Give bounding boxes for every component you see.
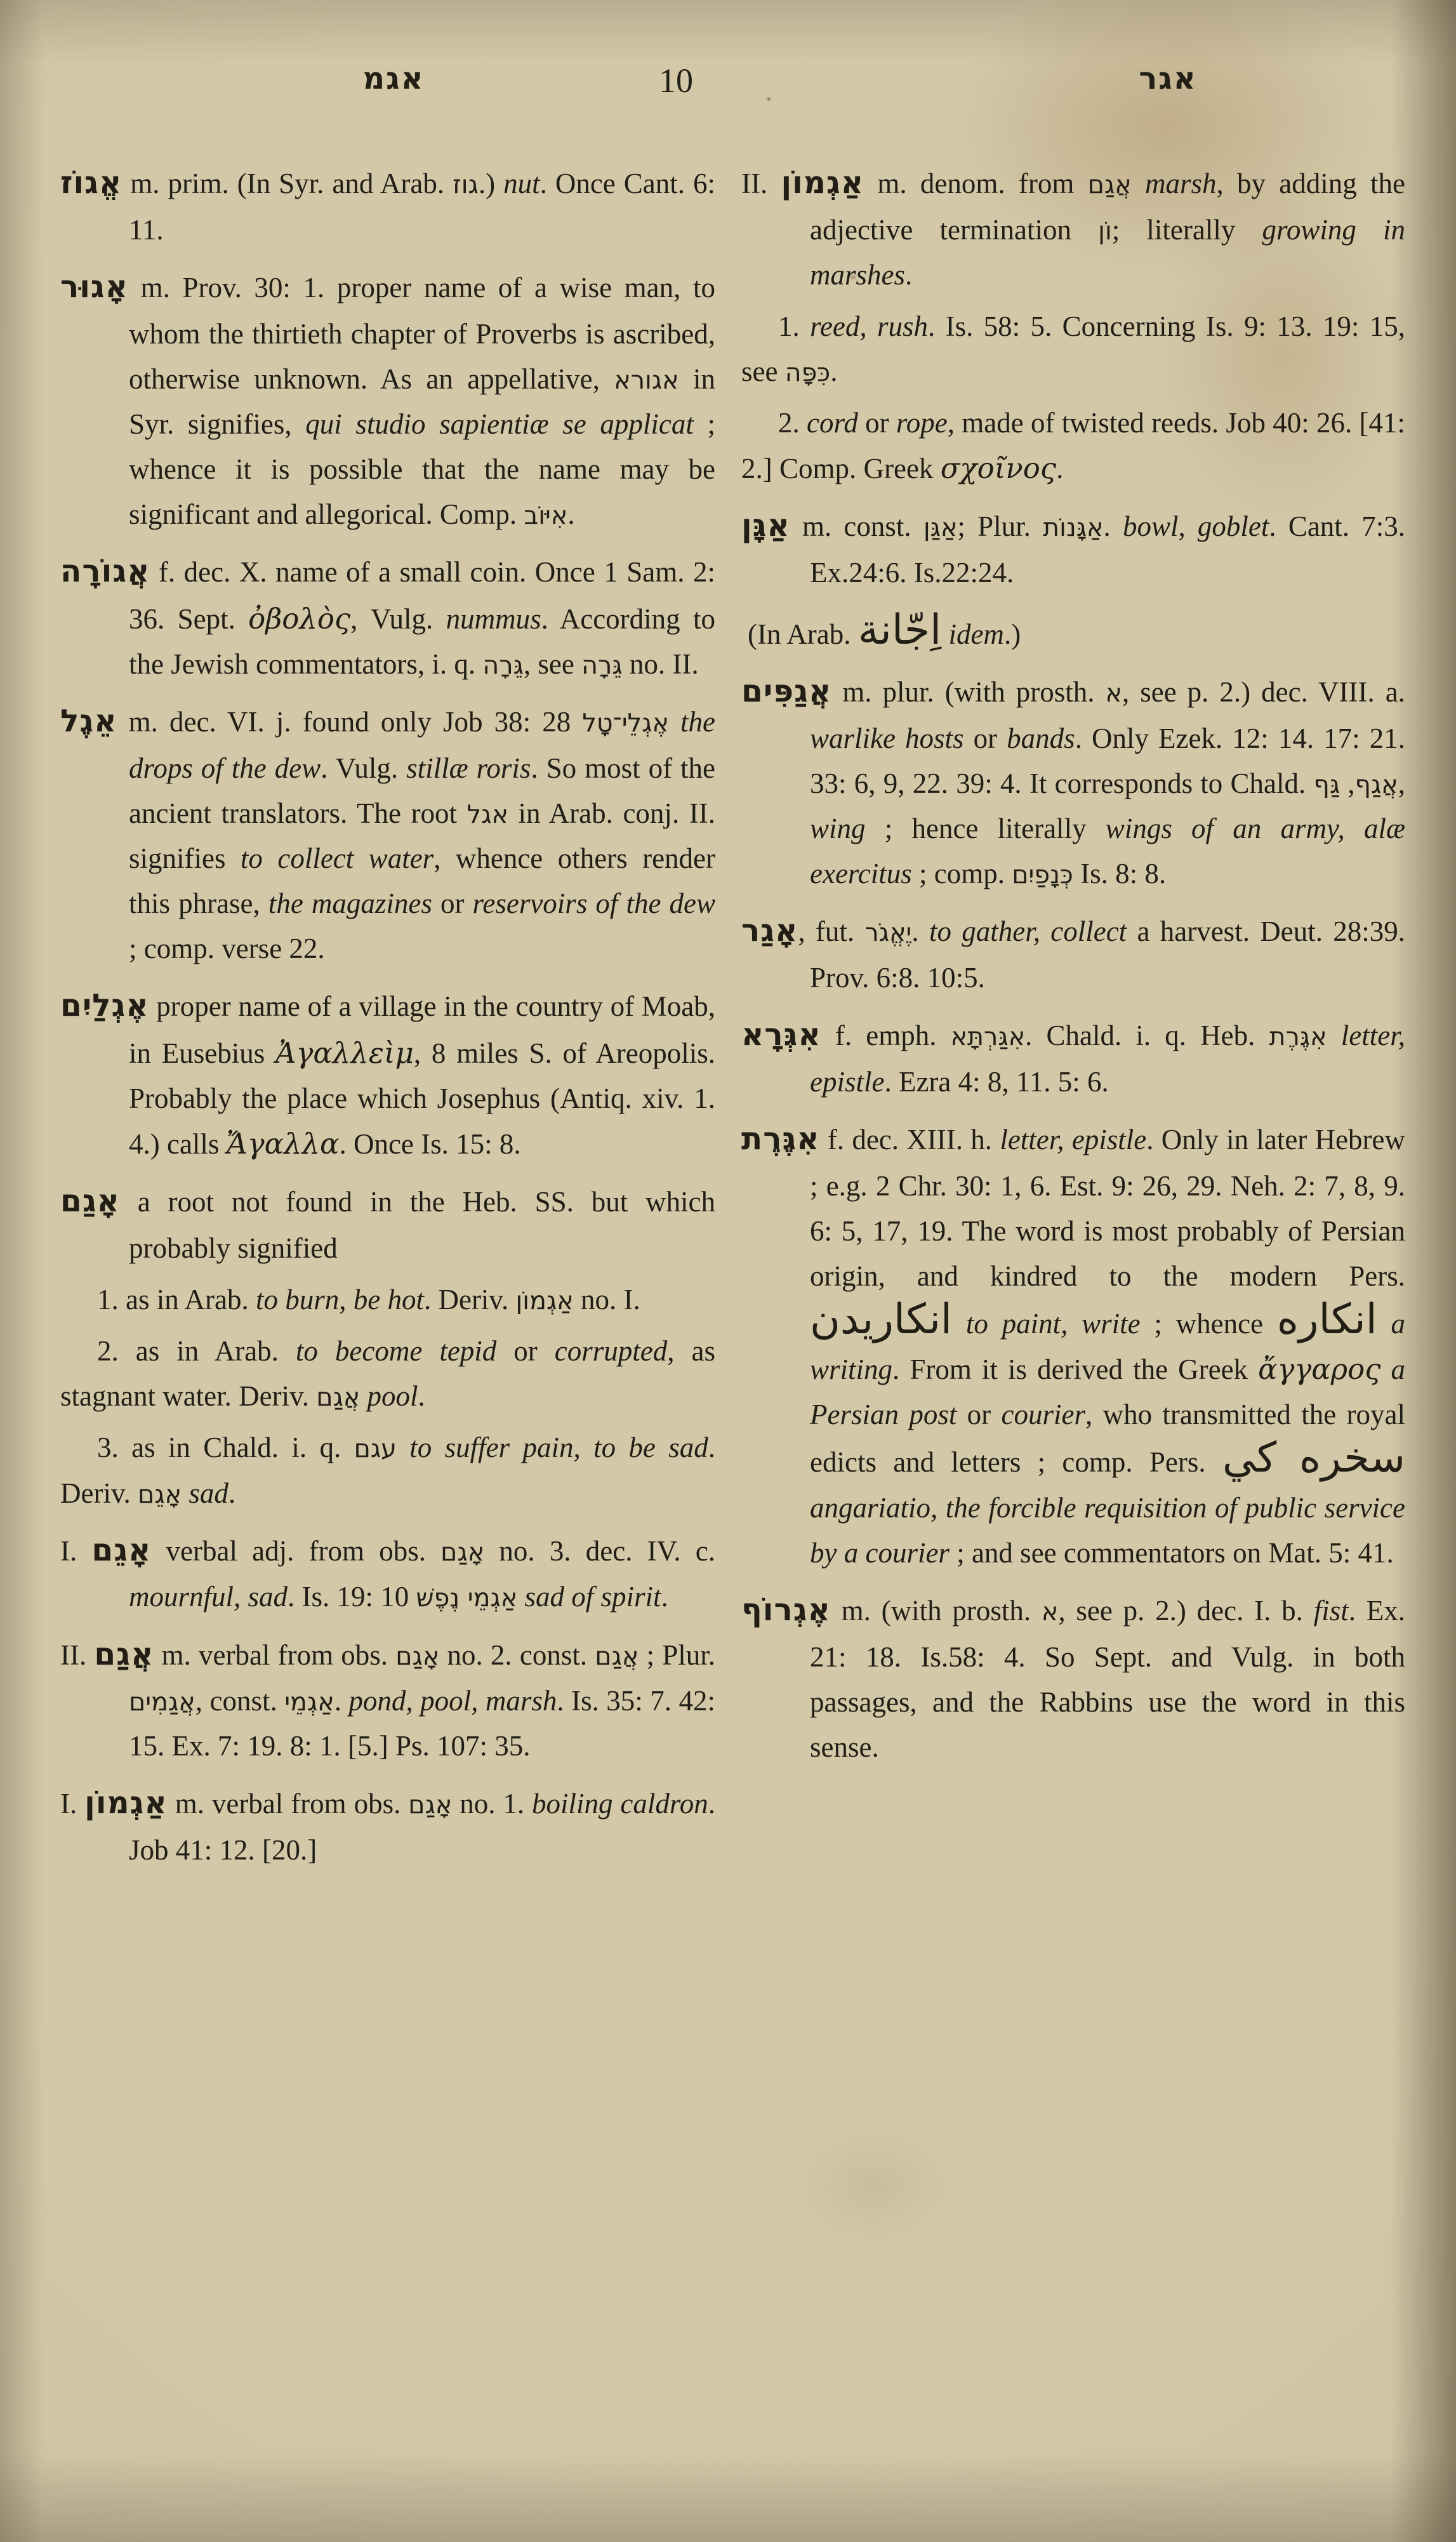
text-run: אַגַּן (923, 513, 958, 542)
text-run: σχοῖνος (941, 451, 1056, 485)
text-run: qui studio sapientiæ se applicat (305, 408, 694, 440)
text-run: II. (741, 168, 781, 199)
text-run: m. denom. from (864, 168, 1088, 199)
text-run: . (334, 1685, 349, 1717)
text-run: . (418, 1380, 425, 1412)
text-run: bands (1007, 722, 1075, 754)
text-run: אִיּוֹב (524, 501, 567, 530)
hebrew-headword: אֲגַפִּים (741, 674, 831, 709)
text-run: . (830, 356, 837, 387)
text-run: nut (503, 168, 540, 199)
text-run: (In Arab. (748, 618, 858, 650)
text-run: II. (60, 1639, 94, 1671)
text-run: to gather, collect (929, 915, 1127, 947)
text-run: . (661, 1581, 668, 1613)
text-run: no. I. (574, 1284, 640, 1315)
text-run: انكاريدن (810, 1295, 952, 1343)
text-run: rope (896, 407, 948, 439)
text-run (1377, 1308, 1391, 1340)
text-run: a root not found in the Heb. SS. but whi… (120, 1186, 715, 1264)
text-run: , (339, 1284, 354, 1315)
text-run: . Ezra 4: 8, 11. 5: 6. (884, 1066, 1108, 1098)
text-run: כִּפָּה (785, 358, 831, 387)
text-run: m. dec. VI. j. found only Job 38: 28 (117, 706, 583, 738)
text-run: Ἀγαλλεὶμ (275, 1036, 414, 1070)
dictionary-entry: אֶגְרוֹף m. (with prosth. א, see p. 2.) … (741, 1586, 1405, 1770)
hebrew-headword: אָגוּר (60, 269, 128, 305)
text-run: letter, epistle (1000, 1124, 1146, 1155)
text-run: wing (810, 813, 866, 844)
text-run: courier (1002, 1399, 1085, 1430)
text-run: , (1340, 768, 1354, 799)
text-run: the magazines (268, 888, 432, 919)
text-run: reed, rush (810, 310, 928, 342)
text-run: וֹן (1098, 216, 1112, 246)
text-run: corrupted (555, 1335, 667, 1367)
text-run: . (567, 498, 574, 530)
text-run: f. emph. (821, 1020, 951, 1051)
dictionary-entry: I. אָגֵם verbal adj. from obs. אָגַם no.… (60, 1526, 715, 1620)
text-run: ἄγγαρος (1258, 1352, 1380, 1386)
text-run: אָגֵם (138, 1480, 182, 1509)
text-run: ; hence literally (866, 813, 1106, 844)
text-run: no. II. (623, 648, 699, 680)
text-run: sad of spirit (524, 1581, 661, 1613)
header-catchword-left: אגמ (336, 61, 451, 96)
text-run: . (911, 915, 929, 947)
text-run: א (1042, 1597, 1058, 1627)
text-run: m. const. (790, 510, 923, 542)
text-run: f. dec. XIII. h. (820, 1124, 1000, 1155)
text-run: marsh (1145, 168, 1217, 199)
column-left: אֱגוֹז m. prim. (In Syr. and Arab. גוז.)… (60, 159, 715, 1873)
text-run: to paint, write (966, 1308, 1141, 1340)
page-number: 10 (609, 61, 743, 100)
text-run: אגל (467, 800, 508, 829)
text-run: m. plur. (with prosth. (831, 676, 1105, 708)
text-run: m. (with prosth. (831, 1595, 1042, 1627)
dictionary-entry: אִגְּרָא f. emph. אִגַּרְתָּא. Chald. i.… (741, 1011, 1405, 1105)
text-run: m. verbal from obs. (168, 1788, 408, 1820)
text-run: I. (60, 1788, 84, 1820)
text-run: or (964, 722, 1007, 754)
text-run: אֲגַם (595, 1642, 639, 1671)
text-run: or (858, 407, 896, 439)
text-run: . From it is derived the Greek (892, 1354, 1258, 1385)
text-run: ; Plur. (639, 1639, 715, 1671)
text-run: انكاره (1277, 1295, 1377, 1343)
text-run: אִגַּרְתָּא (951, 1022, 1026, 1051)
text-run: אֲגַמִים (129, 1687, 195, 1717)
text-run: אָגַם (395, 1642, 439, 1671)
text-run: גֵּרָה (482, 651, 524, 680)
text-run: , (1398, 768, 1405, 799)
text-run: . Vulg. (321, 752, 406, 784)
hebrew-headword: אֲגַם (94, 1637, 154, 1672)
text-run: to burn (256, 1284, 339, 1315)
text-run: cord (807, 407, 858, 439)
text-run: ; Plur. (957, 510, 1043, 542)
text-run: nummus (446, 603, 541, 635)
text-run: אֲגַם (316, 1383, 360, 1412)
text-run: no. 2. const. (439, 1639, 595, 1671)
text-run: .) (1004, 618, 1021, 650)
text-run: אֲגַף (1355, 770, 1398, 799)
dictionary-entry: אֲגַפִּים m. plur. (with prosth. א, see … (741, 667, 1405, 896)
dictionary-entry: II. אֲגַם m. verbal from obs. אָגַם no. … (60, 1630, 715, 1769)
dictionary-entry: אַגָּן m. const. אַגַּן; Plur. אַגָּנוֹת… (741, 502, 1405, 596)
hebrew-headword: אֵגֶל (60, 703, 117, 739)
text-run: m. verbal from obs. (154, 1639, 395, 1671)
text-run: . (228, 1477, 235, 1509)
text-run: , see p. 2.) dec. VIII. a. (1122, 676, 1405, 708)
dictionary-entry: אֵגֶל m. dec. VI. j. found only Job 38: … (60, 697, 715, 971)
note-line: (In Arab. اِجّانة idem.) (741, 609, 1405, 657)
text-run: stillæ roris (406, 752, 531, 784)
text-run: idem (948, 618, 1003, 650)
text-run: , see p. 2.) dec. I. b. (1058, 1595, 1313, 1627)
hebrew-headword: אִגְּרָא (741, 1017, 821, 1053)
text-run: , fut. (798, 915, 864, 947)
text-run: . (1104, 510, 1123, 542)
column-right: II. אַגְמוֹן m. denom. from אֲגַם marsh,… (741, 159, 1405, 1770)
text-run: اِجّانة (858, 606, 942, 654)
text-run: pool (367, 1380, 418, 1412)
text-run: . Deriv. (424, 1284, 516, 1315)
dictionary-entry: אָגוּר m. Prov. 30: 1. proper name of a … (60, 263, 715, 537)
text-run: . (1056, 453, 1063, 484)
text-run: pond, pool, marsh (348, 1685, 557, 1717)
text-run (952, 1308, 966, 1340)
text-run: 3. as in Chald. i. q. (97, 1432, 354, 1463)
dictionary-entry: אִגֶּרֶת f. dec. XIII. h. letter, epistl… (741, 1115, 1405, 1576)
text-run: . Once Is. 15: 8. (339, 1128, 520, 1160)
text-run: Is. 8: 8. (1073, 858, 1166, 889)
text-run: עגם (354, 1434, 397, 1463)
sub-sense: 2. as in Arab. to become tepid or corrup… (60, 1329, 715, 1419)
scanned-page: אגמ 10 אגר אֱגוֹז m. prim. (In Syr. and … (0, 0, 1456, 2542)
text-run: ; and see commentators on Mat. 5: 41. (950, 1537, 1394, 1569)
text-run: ; comp. (912, 858, 1012, 889)
text-run: אָגַם (440, 1538, 484, 1567)
text-run: אגורא (614, 366, 678, 395)
text-run: 2. (778, 407, 807, 439)
text-run (397, 1432, 409, 1463)
text-run: אַגְמֵי (284, 1687, 334, 1717)
sub-sense: 2. cord or rope, made of twisted reeds. … (741, 401, 1405, 491)
text-run: boiling caldron (532, 1788, 708, 1820)
text-run: or (496, 1335, 554, 1367)
text-run (517, 1581, 524, 1613)
text-run: , Vulg. (350, 603, 446, 635)
hebrew-headword: אָגַר (741, 913, 798, 948)
text-run: אַגְמֵי נֶפֶשׁ (416, 1583, 518, 1613)
text-run: m. prim. (In Syr. and Arab. (122, 168, 453, 199)
dictionary-entry: אֶגְלַיִם proper name of a village in th… (60, 982, 715, 1167)
hebrew-headword: אֱגוֹז (60, 165, 122, 201)
hebrew-headword: אִגֶּרֶת (741, 1121, 820, 1157)
dictionary-entry: אֲגוֹרָה f. dec. X. name of a small coin… (60, 547, 715, 687)
dictionary-entry: II. אַגְמוֹן m. denom. from אֲגַם marsh,… (741, 159, 1405, 298)
text-run: ; literally (1112, 214, 1262, 246)
dictionary-entry: אֱגוֹז m. prim. (In Syr. and Arab. גוז.)… (60, 159, 715, 253)
text-run: גֵּרָה (581, 651, 623, 680)
text-run (941, 618, 948, 650)
header-catchword-right: אגר (1111, 61, 1225, 96)
text-run: fist (1314, 1595, 1349, 1627)
text-run: , const. (195, 1685, 284, 1717)
hebrew-headword: אֲגוֹרָה (60, 554, 150, 589)
text-run: warlike hosts (810, 722, 964, 754)
sub-sense: 3. as in Chald. i. q. עגם to suffer pain… (60, 1425, 715, 1515)
text-run (1327, 1020, 1341, 1051)
text-run: אָגַם (408, 1790, 452, 1820)
text-run: no. 3. dec. IV. c. (484, 1535, 715, 1567)
text-run: be hot (354, 1284, 424, 1315)
text-run: 2. as in Arab. (97, 1335, 296, 1367)
text-run: .) (479, 168, 503, 199)
text-run: ; whence (1141, 1308, 1277, 1340)
dictionary-entry: אָגַר, fut. יֶאֱגֹר. to gather, collect … (741, 907, 1405, 1001)
text-run (1380, 1354, 1391, 1385)
text-run: 1. as in Arab. (97, 1284, 256, 1315)
text-run: גַּף (1314, 770, 1340, 799)
text-run: כְּנָפַיִם (1012, 860, 1073, 889)
text-run: to become tepid (296, 1335, 496, 1367)
text-run: ; comp. verse 22. (129, 933, 325, 964)
text-run: or (432, 888, 473, 919)
text-run: . Chald. i. q. Heb. (1025, 1020, 1269, 1051)
text-run: سخره كي (1222, 1434, 1405, 1482)
text-run: no. 1. (452, 1788, 532, 1820)
text-run: 1. (778, 310, 810, 342)
text-run: אַגָּנוֹת (1043, 513, 1103, 542)
text-run: אֲגַם (1088, 170, 1132, 199)
text-run (669, 706, 680, 738)
hebrew-headword: אַגָּן (741, 508, 790, 543)
text-run: א (1105, 679, 1122, 708)
text-run: to collect water (241, 842, 433, 874)
sub-sense: 1. as in Arab. to burn, be hot. Deriv. א… (60, 1277, 715, 1322)
text-run: I. (60, 1535, 91, 1567)
text-run: to suffer pain, to be sad (409, 1432, 708, 1463)
hebrew-headword: אָגֵם (91, 1533, 151, 1568)
hebrew-headword: אֶגְרוֹף (741, 1592, 831, 1628)
text-run: , see (524, 648, 581, 680)
hebrew-headword: אָגַם (60, 1183, 120, 1219)
text-run: Ἄγαλλα (227, 1127, 340, 1161)
text-run: sad (189, 1477, 228, 1509)
sub-sense: 1. reed, rush. Is. 58: 5. Concerning Is.… (741, 304, 1405, 394)
text-run: . Is. 19: 10 (288, 1581, 416, 1613)
text-run (1132, 168, 1145, 199)
text-run: אַגְמוֹן (516, 1286, 574, 1315)
text-run: גוז (453, 170, 479, 199)
text-run: אִגֶּרֶת (1269, 1022, 1327, 1051)
dictionary-entry: I. אַגְמוֹן m. verbal from obs. אָגַם no… (60, 1779, 715, 1873)
hebrew-headword: אֶגְלַיִם (60, 988, 149, 1023)
text-run (182, 1477, 189, 1509)
text-run: mournful, sad (129, 1581, 288, 1613)
text-run: bowl, goblet (1123, 510, 1269, 542)
text-run: or (956, 1399, 1001, 1430)
hebrew-headword: אַגְמוֹן (84, 1785, 168, 1821)
text-run: אֶגְלֵי־טָל (582, 709, 669, 738)
hebrew-headword: אַגְמוֹן (781, 165, 864, 201)
text-run: verbal adj. from obs. (151, 1535, 440, 1567)
dictionary-entry: אָגַם a root not found in the Heb. SS. b… (60, 1177, 715, 1271)
text-run (360, 1380, 367, 1412)
text-run: reservoirs of the dew (473, 888, 715, 919)
text-run: . (905, 259, 912, 291)
text-run: ὀβολὸς (248, 602, 350, 635)
text-run: יֶאֱגֹר (864, 918, 911, 947)
